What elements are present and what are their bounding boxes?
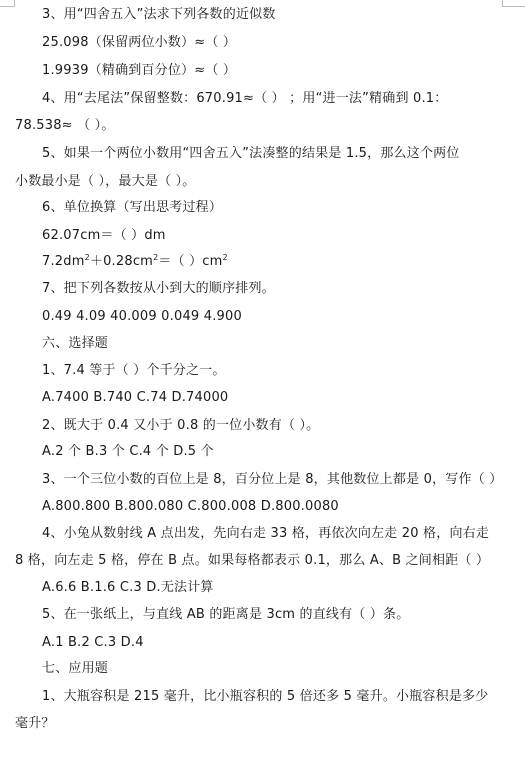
- choice-question-5: 5、在一张纸上，与直线 AB 的距离是 3cm 的直线有（ ）条。: [42, 606, 409, 624]
- choice-question-4-line-1: 4、小兔从数射线 A 点出发，先向右走 33 格，再依次向左走 20 格，向右走: [42, 525, 489, 543]
- question-3b: 1.9939（精确到百分位）≈（ ）: [42, 62, 236, 80]
- choice-question-2: 2、既大于 0.4 又小于 0.8 的一位小数有（ ）。: [42, 417, 319, 435]
- application-question-1-line-2: 毫升？: [15, 715, 55, 733]
- question-4-line-2: 78.538≈ （ ）。: [15, 117, 115, 135]
- q6b-part-3: ＝（ ）cm: [158, 254, 222, 269]
- question-5-line-2: 小数最小是（ ），最大是（ ）。: [15, 173, 195, 191]
- section-7-heading: 七、应用题: [42, 660, 108, 678]
- question-6b: 7.2dm2＋0.28cm2＝（ ）cm2: [42, 253, 228, 271]
- superscript-2: 2: [223, 253, 228, 262]
- question-6a: 62.07cm＝（ ）dm: [42, 227, 166, 245]
- section-6-heading: 六、选择题: [42, 335, 108, 353]
- question-7-numbers: 0.49 4.09 40.009 0.049 4.900: [42, 308, 242, 326]
- application-question-1-line-1: 1、大瓶容积是 215 毫升，比小瓶容积的 5 倍还多 5 毫升。小瓶容积是多少: [42, 688, 488, 706]
- question-3a: 25.098（保留两位小数）≈（ ）: [42, 34, 236, 52]
- choice-question-3: 3、一个三位小数的百位上是 8，百分位上是 8，其他数位上都是 0，写作（ ）: [42, 471, 502, 489]
- choice-question-3-options: A.800.800 B.800.080 C.800.008 D.800.0080: [42, 498, 339, 516]
- question-3-title: 3、用“四舍五入”法求下列各数的近似数: [42, 6, 276, 24]
- page-corner-mark-right: [502, 0, 525, 7]
- question-7-title: 7、把下列各数按从小到大的顺序排列。: [42, 280, 275, 298]
- choice-question-1-options: A.7400 B.740 C.74 D.74000: [42, 389, 228, 407]
- choice-question-4-options: A.6.6 B.1.6 C.3 D.无法计算: [42, 579, 214, 597]
- q6b-part-2: ＋0.28cm: [90, 254, 153, 269]
- choice-question-1: 1、7.4 等于（ ）个千分之一。: [42, 362, 226, 380]
- choice-question-5-options: A.1 B.2 C.3 D.4: [42, 634, 144, 652]
- question-4-line-1: 4、用“去尾法”保留整数：670.91≈（ ） ；用“进一法”精确到 0.1：: [42, 90, 447, 108]
- page-corner-mark-left: [0, 0, 15, 7]
- question-6-title: 6、单位换算（写出思考过程）: [42, 199, 222, 217]
- choice-question-2-options: A.2 个 B.3 个 C.4 个 D.5 个: [42, 443, 214, 461]
- question-5-line-1: 5、如果一个两位小数用“四舍五入”法凑整的结果是 1.5，那么这个两位: [42, 145, 460, 163]
- q6b-part-1: 7.2dm: [42, 254, 85, 269]
- choice-question-4-line-2: 8 格，向左走 5 格，停在 B 点。如果每格都表示 0.1，那么 A、B 之间…: [15, 552, 489, 570]
